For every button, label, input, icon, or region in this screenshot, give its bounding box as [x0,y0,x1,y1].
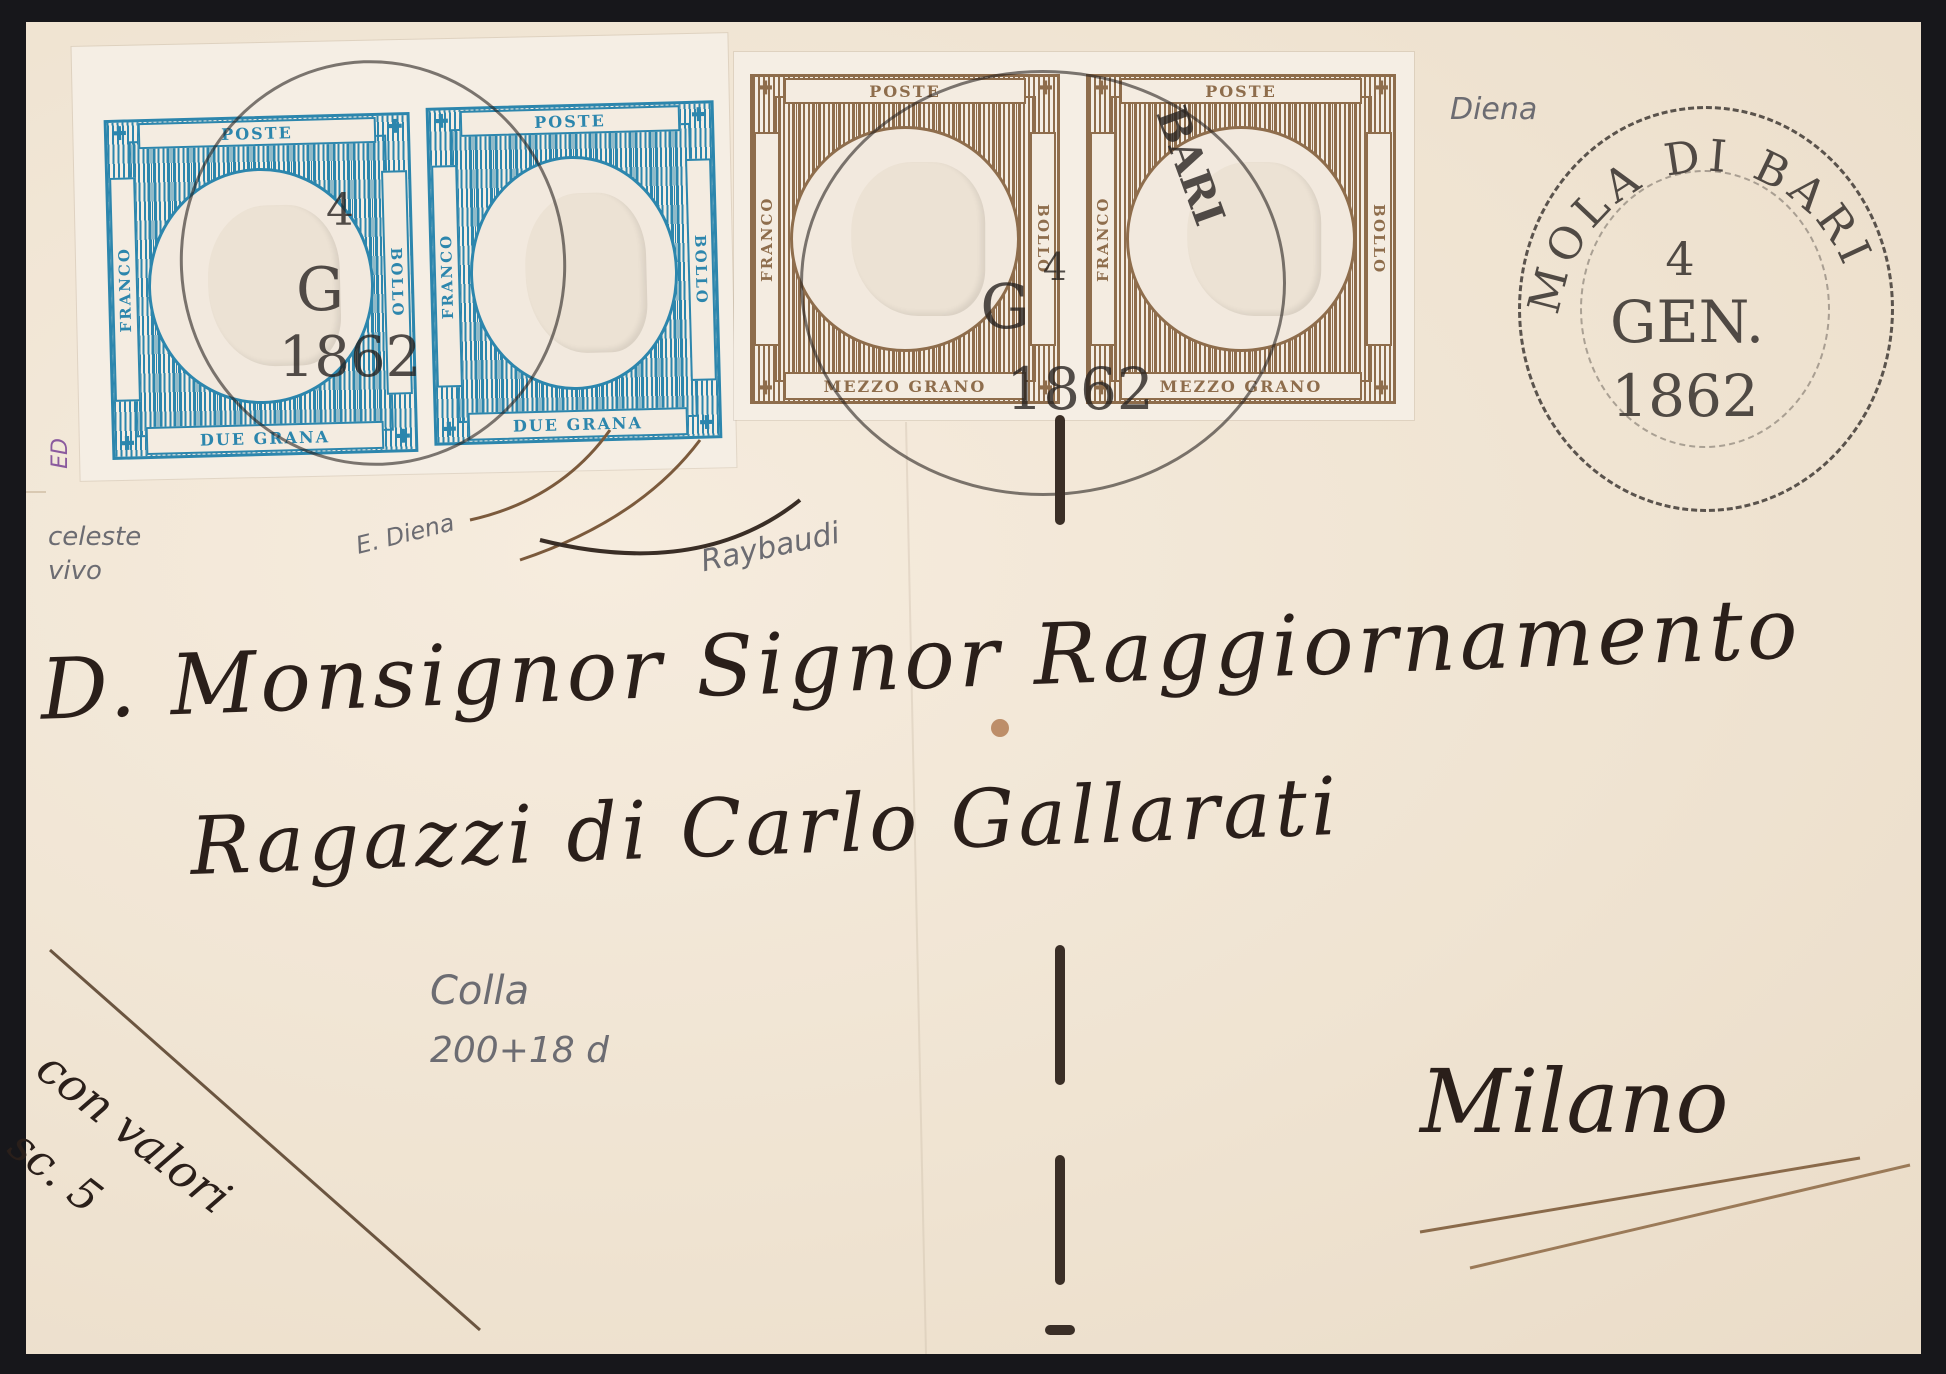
address-city: Milano [1420,1050,1729,1153]
